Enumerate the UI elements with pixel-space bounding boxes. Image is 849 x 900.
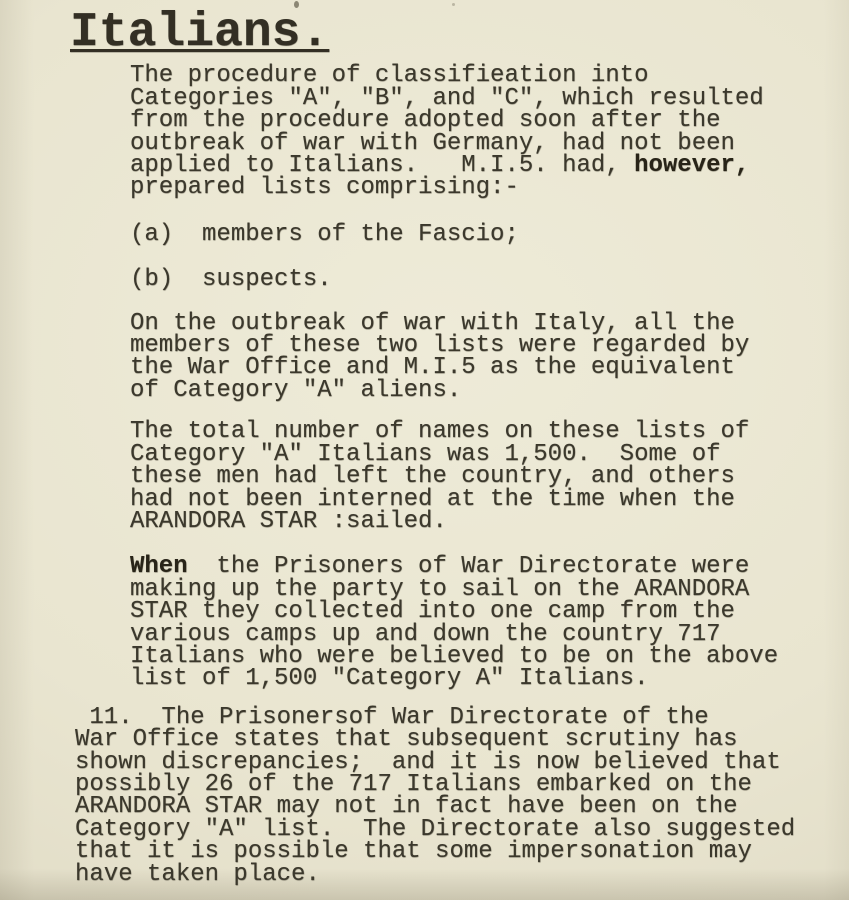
list-item-b: (b) suspects. xyxy=(130,269,849,291)
paragraph-11-scrutiny: 11. The Prisonersof War Directorate of t… xyxy=(75,707,849,886)
list-item-a: (a) members of the Fascio; xyxy=(130,224,849,246)
text-run: prepared lists comprising:- xyxy=(130,174,519,201)
text-run: the Prisoners of War Directorate were ma… xyxy=(130,553,778,692)
document-page: Italians. The procedure of classifieatio… xyxy=(0,0,849,900)
document-heading: Italians. xyxy=(70,22,849,44)
paragraph-classification: The procedure of classifieation into Cat… xyxy=(130,65,849,199)
paragraph-when-directorate: When the Prisoners of War Directorate we… xyxy=(130,556,849,690)
heading-text: Italians. xyxy=(70,6,329,60)
paper-speck xyxy=(452,3,455,6)
paragraph-total-names: The total number of names on these lists… xyxy=(130,421,849,533)
bold-text-however: however, xyxy=(634,152,749,179)
paragraph-outbreak-italy: On the outbreak of war with Italy, all t… xyxy=(130,313,849,403)
paper-speck xyxy=(294,1,299,8)
